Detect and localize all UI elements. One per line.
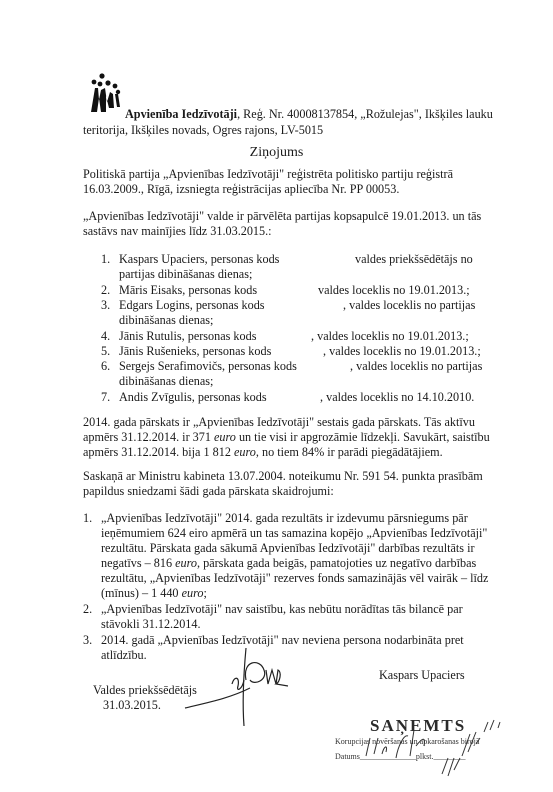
text-line: papildus sniedzami šādi gada pārskata sk…: [83, 484, 453, 499]
org-header-line2: teritorija, Ikšķiles novads, Ogres rajon…: [83, 123, 323, 138]
text-line: „Apvienības Iedzīvotāji" valde ir pārvēl…: [83, 209, 453, 224]
paragraph-regulation: Saskaņā ar Ministru kabineta 13.07.2004.…: [83, 469, 453, 499]
text-line: „Apvienības Iedzīvotāji" 2014. gada rezu…: [101, 511, 453, 526]
handwritten-signature-icon: [180, 640, 300, 730]
text-line: apmērs 31.12.2014. bija 1 812 euro, no t…: [83, 445, 453, 460]
org-header-line1: Apvienība Iedzīvotāji, Reģ. Nr. 40008137…: [125, 107, 493, 122]
text-line: „Apvienības Iedzīvotāji" nav saistību, k…: [101, 602, 453, 617]
text-line: 16.03.2009., Rīgā, izsniegta reģistrācij…: [83, 182, 453, 197]
signatory-name: Kaspars Upaciers: [379, 668, 465, 683]
text-line: 2014. gada pārskats ir „Apvienības Iedzī…: [83, 415, 453, 430]
explanation-text: „Apvienības Iedzīvotāji" nav saistību, k…: [101, 602, 453, 632]
paragraph-registration: Politiskā partija „Apvienības Iedzīvotāj…: [83, 167, 453, 197]
explanation-text: „Apvienības Iedzīvotāji" 2014. gada rezu…: [101, 511, 453, 601]
received-stamp: SAŅEMTS Korupcijas novēršanas un apkaroš…: [330, 716, 530, 792]
explanation-item-1: 1. „Apvienības Iedzīvotāji" 2014. gada r…: [83, 511, 453, 603]
text-line: (mīnus) – 1 440 euro;: [101, 586, 453, 601]
text-line: negatīvs – 816 euro, pārskata gada beigā…: [101, 556, 453, 571]
text-line: Politiskā partija „Apvienības Iedzīvotāj…: [83, 167, 453, 182]
text-line: sastāvs nav mainījies līdz 31.03.2015.:: [83, 224, 453, 239]
text-line: stāvokli 31.12.2014.: [101, 617, 453, 632]
document-title: Ziņojums: [0, 145, 553, 161]
text-line: ieņēmumiem 624 eiro apmērā un tas samazi…: [101, 526, 453, 541]
org-name: Apvienība Iedzīvotāji: [125, 107, 237, 121]
paragraph-annual-report: 2014. gada pārskats ir „Apvienības Iedzī…: [83, 415, 453, 460]
text-line: apmērs 31.12.2014. ir 371 euro un tie vi…: [83, 430, 453, 445]
handwritten-stamp-entries-icon: [330, 716, 530, 792]
paragraph-board: „Apvienības Iedzīvotāji" valde ir pārvēl…: [83, 209, 453, 239]
text-line: Saskaņā ar Ministru kabineta 13.07.2004.…: [83, 469, 453, 484]
text-line: rezultātu, „Apvienības Iedzīvotāji" reze…: [101, 571, 453, 586]
explanation-item-2: 2. „Apvienības Iedzīvotāji" nav saistību…: [83, 602, 453, 634]
party-logo-icon: [88, 72, 124, 116]
org-registration: , Reģ. Nr. 40008137854, „Rožulejas", Ikš…: [237, 107, 493, 121]
text-line: rezultātu. Pārskata gada sākumā Apvienīb…: [101, 541, 453, 556]
document-page: Apvienība Iedzīvotāji, Reģ. Nr. 40008137…: [0, 0, 553, 792]
